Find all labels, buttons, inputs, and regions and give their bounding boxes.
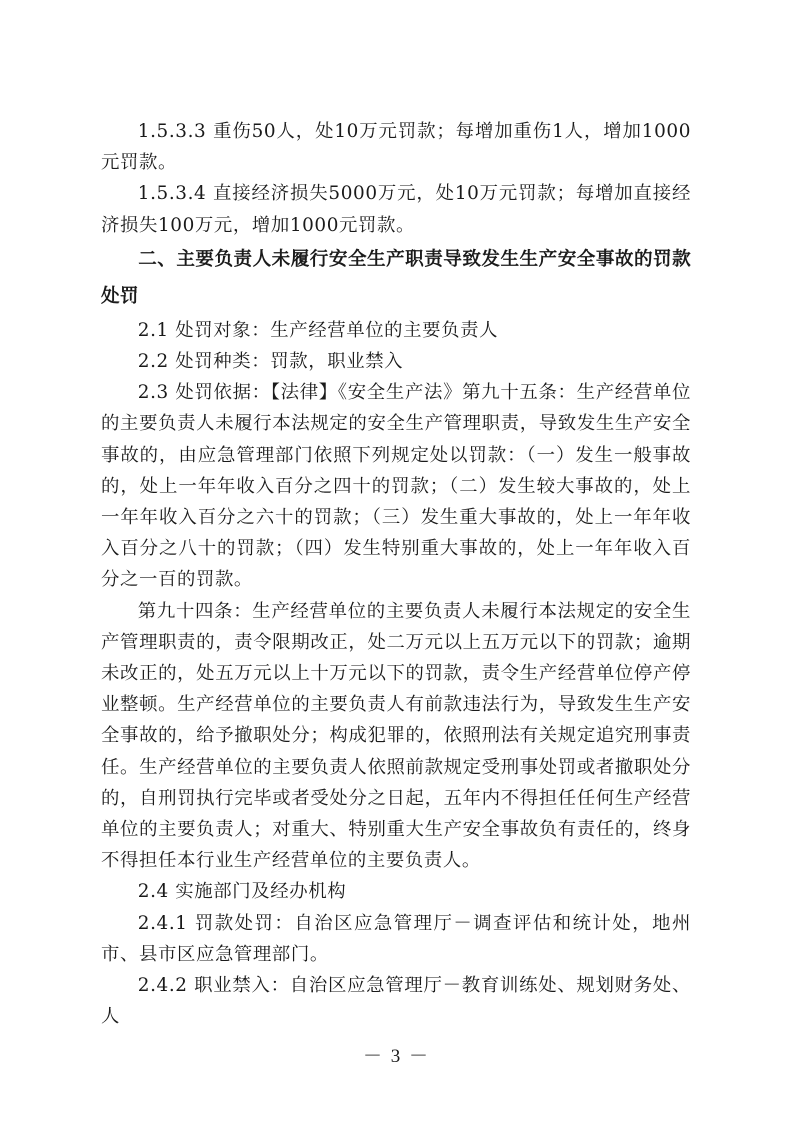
section-heading-2: 二、主要负责人未履行安全生产职责导致发生生产安全事故的罚款处罚	[101, 241, 691, 315]
document-page: 1.5.3.3 重伤50人，处10万元罚款；每增加重伤1人，增加1000元罚款。…	[0, 0, 793, 1122]
paragraph-1-5-3-3: 1.5.3.3 重伤50人，处10万元罚款；每增加重伤1人，增加1000元罚款。	[101, 116, 691, 178]
paragraph-1-5-3-4: 1.5.3.4 直接经济损失5000万元，处10万元罚款；每增加直接经济损失10…	[101, 178, 691, 240]
document-body: 1.5.3.3 重伤50人，处10万元罚款；每增加重伤1人，增加1000元罚款。…	[101, 116, 691, 1032]
paragraph-2-4: 2.4 实施部门及经办机构	[101, 876, 691, 907]
paragraph-2-4-2: 2.4.2 职业禁入：自治区应急管理厅－教育训练处、规划财务处、人	[101, 970, 691, 1032]
page-number: － 3 －	[0, 1041, 793, 1068]
paragraph-2-1: 2.1 处罚对象：生产经营单位的主要负责人	[101, 315, 691, 346]
paragraph-2-3: 2.3 处罚依据：【法律】《安全生产法》第九十五条：生产经营单位的主要负责人未履…	[101, 377, 691, 595]
paragraph-2-4-1: 2.4.1 罚款处罚：自治区应急管理厅－调查评估和统计处，地州市、县市区应急管理…	[101, 908, 691, 970]
paragraph-article-94: 第九十四条：生产经营单位的主要负责人未履行本法规定的安全生产管理职责的，责令限期…	[101, 596, 691, 877]
paragraph-2-2: 2.2 处罚种类：罚款，职业禁入	[101, 346, 691, 377]
